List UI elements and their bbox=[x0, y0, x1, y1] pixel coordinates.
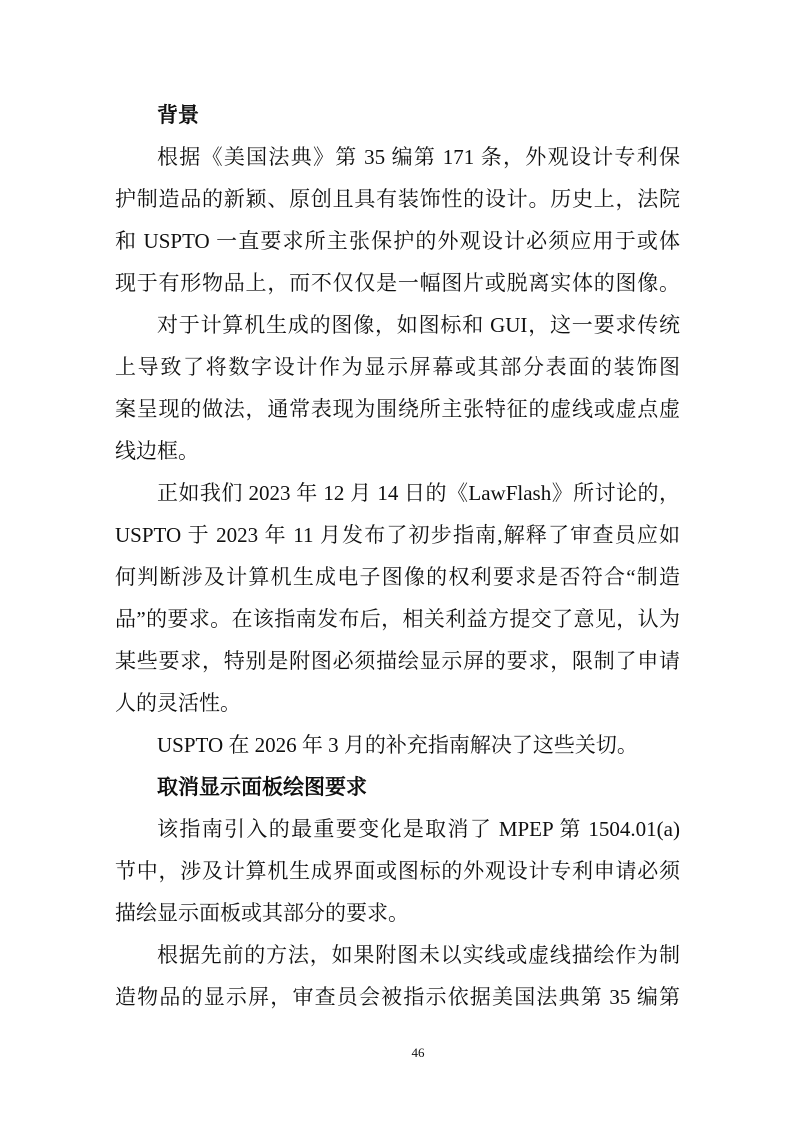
text-line: 正如我们 2023 年 12 月 14 日的《LawFlash》所讨论的， bbox=[115, 472, 680, 514]
text-line: 某些要求，特别是附图必须描绘显示屏的要求，限制了申请 bbox=[115, 640, 680, 682]
section-heading-display-panel-requirement: 取消显示面板绘图要求 bbox=[115, 766, 680, 808]
text-line: 和 USPTO 一直要求所主张保护的外观设计必须应用于或体 bbox=[115, 220, 680, 262]
text-line: 造物品的显示屏，审查员会被指示依据美国法典第 35 编第 bbox=[115, 976, 680, 1018]
section-heading-background: 背景 bbox=[115, 94, 680, 136]
text-line: 现于有形物品上，而不仅仅是一幅图片或脱离实体的图像。 bbox=[115, 262, 680, 304]
text-line: 节中，涉及计算机生成界面或图标的外观设计专利申请必须 bbox=[115, 850, 680, 892]
text-line: 描绘显示面板或其部分的要求。 bbox=[115, 892, 680, 934]
document-body: 背景 根据《美国法典》第 35 编第 171 条，外观设计专利保 护制造品的新颖… bbox=[115, 94, 680, 1018]
text-line: USPTO 在 2026 年 3 月的补充指南解决了这些关切。 bbox=[115, 724, 680, 766]
text-line: 该指南引入的最重要变化是取消了 MPEP 第 1504.01(a) bbox=[115, 808, 680, 850]
text-line: 何判断涉及计算机生成电子图像的权利要求是否符合“制造 bbox=[115, 556, 680, 598]
text-line: 案呈现的做法，通常表现为围绕所主张特征的虚线或虚点虚 bbox=[115, 388, 680, 430]
text-line: 上导致了将数字设计作为显示屏幕或其部分表面的装饰图 bbox=[115, 346, 680, 388]
text-line: 根据先前的方法，如果附图未以实线或虚线描绘作为制 bbox=[115, 934, 680, 976]
text-line: 护制造品的新颖、原创且具有装饰性的设计。历史上，法院 bbox=[115, 178, 680, 220]
text-line: USPTO 于 2023 年 11 月发布了初步指南,解释了审查员应如 bbox=[115, 514, 680, 556]
text-line: 人的灵活性。 bbox=[115, 682, 680, 724]
text-line: 根据《美国法典》第 35 编第 171 条，外观设计专利保 bbox=[115, 136, 680, 178]
text-line: 线边框。 bbox=[115, 430, 680, 472]
text-line: 品”的要求。在该指南发布后，相关利益方提交了意见，认为 bbox=[115, 598, 680, 640]
page-number: 46 bbox=[385, 1044, 451, 1062]
text-line: 对于计算机生成的图像，如图标和 GUI，这一要求传统 bbox=[115, 304, 680, 346]
